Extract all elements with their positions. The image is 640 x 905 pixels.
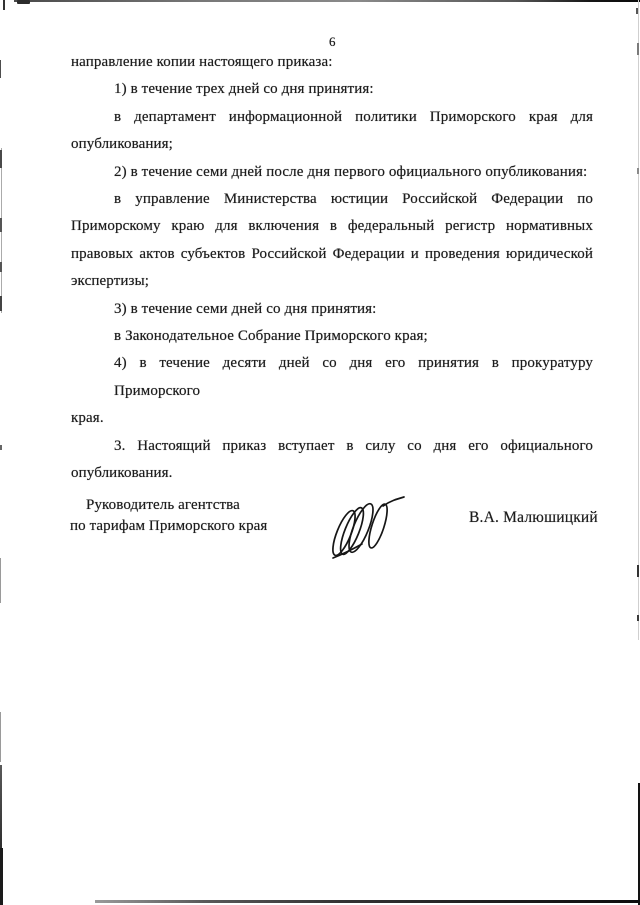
scan-artifact-left-edge xyxy=(0,218,2,232)
document-line: правовых актов субъектов Российской Феде… xyxy=(71,241,593,268)
scan-artifact-left-edge xyxy=(0,765,2,905)
scan-artifact-right-edge xyxy=(637,168,639,174)
scan-artifact-right-edge xyxy=(637,615,639,621)
scan-artifact-left-edge xyxy=(0,296,2,311)
document-line: 3. Настоящий приказ вступает в силу со д… xyxy=(71,433,593,460)
page-number: 6 xyxy=(329,34,336,50)
scan-artifact-left-edge xyxy=(0,848,3,905)
document-line: 2) в течение семи дней после дня первого… xyxy=(71,159,593,186)
document-line: 1) в течение трех дней со дня принятия: xyxy=(71,76,593,103)
signatory-name: В.А. Малюшицкий xyxy=(469,509,598,527)
scan-artifact-left-edge xyxy=(0,712,1,762)
document-line: 3) в течение семи дней со дня принятия: xyxy=(71,296,593,323)
signatory-title-line2: по тарифам Приморского края xyxy=(70,516,267,537)
signature-scribble-icon xyxy=(328,494,406,562)
scan-artifact-top-speck xyxy=(17,0,30,4)
signatory-title: Руководитель агентства по тарифам Примор… xyxy=(70,495,267,536)
document-line: края. xyxy=(71,405,593,432)
scan-artifact-left-edge xyxy=(1,148,2,313)
scanned-document-page: 6 направление копии настоящего приказа: … xyxy=(0,0,640,905)
document-line: экспертизы; xyxy=(71,268,593,295)
scan-artifact-topright-tick xyxy=(636,8,638,14)
scan-artifact-left-edge xyxy=(0,60,1,78)
scan-artifact-left-edge xyxy=(0,445,2,450)
scan-artifact-left-edge xyxy=(0,262,2,272)
document-line: в управление Министерства юстиции Россий… xyxy=(71,186,593,213)
scan-artifact-top-edge xyxy=(14,0,640,2)
scan-artifact-right-edge xyxy=(637,43,639,55)
document-line: 4) в течение десяти дней со дня его прин… xyxy=(71,350,593,405)
document-line: направление копии настоящего приказа: xyxy=(71,49,593,76)
document-line: в департамент информационной политики Пр… xyxy=(71,104,593,131)
document-line: опубликования. xyxy=(71,460,593,487)
document-line: в Законодательное Собрание Приморского к… xyxy=(71,323,593,350)
document-line: Приморскому краю для включения в федерал… xyxy=(71,213,593,240)
scan-artifact-left-edge xyxy=(0,558,1,603)
document-body: направление копии настоящего приказа: 1)… xyxy=(71,49,593,488)
scan-artifact-right-edge xyxy=(637,565,639,577)
scan-artifact-bottom-edge xyxy=(95,900,640,903)
signatory-title-line1: Руководитель агентства xyxy=(70,495,267,516)
document-line: опубликования; xyxy=(71,131,593,158)
scan-artifact-topleft-tick xyxy=(3,0,5,10)
scan-artifact-right-edge xyxy=(638,0,639,640)
scan-artifact-left-edge xyxy=(0,150,2,168)
